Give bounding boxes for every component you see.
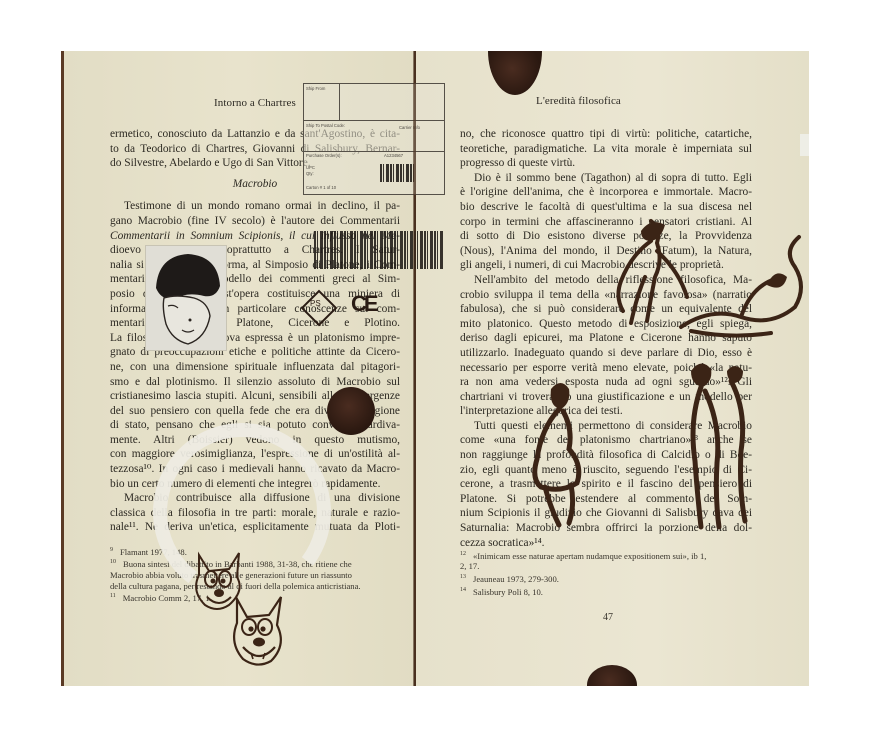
small-barcode xyxy=(380,164,414,182)
text-line: gano Macrobio (fine IV secolo) è l'autor… xyxy=(110,214,400,229)
ink-figure-sketch-reclining xyxy=(671,227,809,347)
label-ship-to: Ship To Postal Code: xyxy=(306,123,345,128)
ink-figure-sketch-seated xyxy=(511,369,601,529)
label-carton: Carton # 1 of 10 xyxy=(306,185,336,190)
label-divider xyxy=(339,84,340,120)
shipping-label-stamp: Ship From Ship To Postal Code: Carrier I… xyxy=(303,83,445,195)
label-po-number: A1234567 xyxy=(384,153,403,158)
text-line: no, che riconosce quattro tipi di virtù:… xyxy=(460,127,752,142)
ink-figure-sketch-standing-pair xyxy=(661,351,761,531)
text-line: è l'origine dell'anima, che è incorporea… xyxy=(460,185,752,200)
right-running-head: L'eredità filosofica xyxy=(536,95,621,107)
right-footnotes: 12«Inimicam esse naturae apertam nudamqu… xyxy=(460,549,752,597)
footnote: 14Salisbury Poli 8, 10. xyxy=(460,585,752,597)
label-upc: UPC xyxy=(306,165,315,170)
left-running-head: Intorno a Chartres xyxy=(214,97,296,109)
text-line: ne, con una dimensione spirituale influe… xyxy=(110,360,400,375)
label-ship-to-row: Ship To Postal Code: Carrier Info xyxy=(304,121,444,152)
footnote: 12«Inimicam esse naturae apertam nudamqu… xyxy=(460,549,752,561)
dark-dot-stamp-middle xyxy=(327,387,375,435)
label-header-row: Ship From xyxy=(304,84,444,121)
paper-tear-patch xyxy=(800,134,809,156)
text-line: teoretiche, paradigmatiche. La vita mora… xyxy=(460,142,752,157)
ps-mark-label: PS xyxy=(310,299,321,308)
page-number: 47 xyxy=(603,612,613,623)
text-line: Testimone di un mondo romano ormai in de… xyxy=(110,199,400,214)
cartoon-wolf-head-icon xyxy=(229,595,287,669)
text-line: progresso di queste virtù. xyxy=(460,156,752,171)
spine-shadow xyxy=(413,51,416,686)
label-carrier: Carrier Info xyxy=(399,125,420,130)
portrait-photo-stamp xyxy=(145,245,227,351)
portrait-icon xyxy=(146,246,226,350)
label-ship-from: Ship From xyxy=(306,86,325,91)
book-spread: Intorno a Chartres ermetico, conosciuto … xyxy=(61,51,809,686)
text-line: Dio è il sommo bene (Tagathon) al di sop… xyxy=(460,171,752,186)
footnote: 13Jeauneau 1973, 279-300. xyxy=(460,572,752,584)
label-qty: Qty: xyxy=(306,171,314,176)
label-purchase-order: Purchase Order(s): xyxy=(306,153,342,158)
ce-mark: CE xyxy=(351,291,376,317)
large-barcode-stamp xyxy=(314,231,444,269)
footnote-continuation: 2, 17. xyxy=(460,561,752,572)
